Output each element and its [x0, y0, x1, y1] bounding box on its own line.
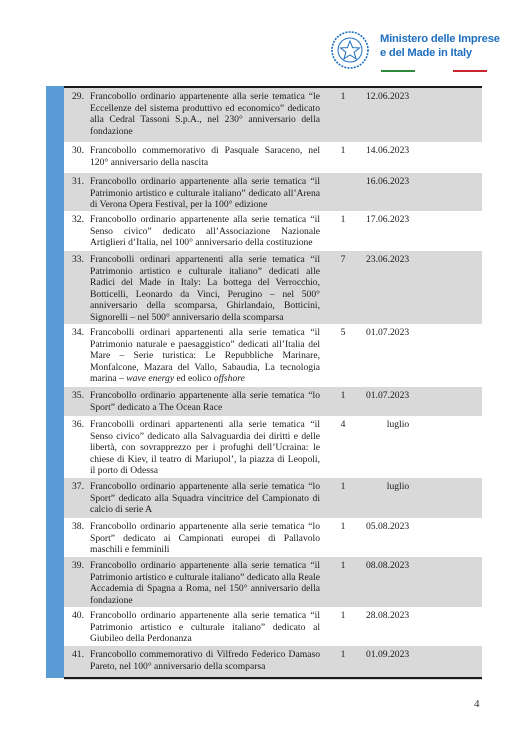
italic-term: wave energy [126, 373, 174, 384]
row-quantity: 1 [320, 142, 366, 173]
table-row: 29.Francobollo ordinario appartenente al… [64, 88, 482, 142]
row-date: 16.06.2023 [366, 173, 430, 211]
row-empty-cell [430, 518, 482, 557]
description-text: ed eolico [174, 373, 214, 384]
flag-bar-red [453, 70, 487, 72]
row-quantity: 1 [320, 518, 366, 557]
row-description: Francobollo ordinario appartenente alla … [88, 478, 320, 518]
row-quantity: 1 [320, 646, 366, 680]
table-row: 33.Francobolli ordinari appartenenti all… [64, 251, 482, 324]
row-date: 01.07.2023 [366, 324, 430, 387]
row-description: Francobollo commemorativo di Vilfredo Fe… [88, 646, 320, 680]
row-date: 28.08.2023 [366, 607, 430, 646]
row-number: 40. [64, 607, 88, 646]
row-description: Francobollo ordinario appartenente alla … [88, 211, 320, 251]
ministry-name: Ministero delle Imprese e del Made in It… [380, 33, 500, 60]
row-date: 01.09.2023 [366, 646, 430, 680]
row-description: Francobolli ordinari appartenenti alla s… [88, 324, 320, 387]
row-empty-cell [430, 142, 482, 173]
row-number: 41. [64, 646, 88, 680]
table-row: 37.Francobollo ordinario appartenente al… [64, 478, 482, 518]
table-row: 40.Francobollo ordinario appartenente al… [64, 607, 482, 646]
row-number: 31. [64, 173, 88, 211]
row-empty-cell [430, 324, 482, 387]
row-empty-cell [430, 557, 482, 607]
row-number: 32. [64, 211, 88, 251]
row-quantity: 4 [320, 416, 366, 478]
table-body: 29.Francobollo ordinario appartenente al… [64, 88, 482, 680]
table-row: 41.Francobollo commemorativo di Vilfredo… [64, 646, 482, 680]
row-empty-cell [430, 607, 482, 646]
row-date: 01.07.2023 [366, 387, 430, 416]
row-date: 23.06.2023 [366, 251, 430, 324]
row-number: 34. [64, 324, 88, 387]
row-description: Francobollo ordinario appartenente alla … [88, 518, 320, 557]
row-number: 39. [64, 557, 88, 607]
row-number: 29. [64, 88, 88, 142]
row-description: Francobollo ordinario appartenente alla … [88, 607, 320, 646]
row-quantity: 1 [320, 557, 366, 607]
row-number: 35. [64, 387, 88, 416]
row-empty-cell [430, 211, 482, 251]
ministry-name-line1: Ministero delle Imprese [380, 33, 500, 47]
row-quantity: 5 [320, 324, 366, 387]
row-number: 37. [64, 478, 88, 518]
row-number: 30. [64, 142, 88, 173]
row-date: luglio [366, 478, 430, 518]
table-row: 32.Francobollo ordinario appartenente al… [64, 211, 482, 251]
ministry-name-line2: e del Made in Italy [380, 47, 500, 61]
row-description: Francobolli ordinari appartenenti alla s… [88, 416, 320, 478]
row-empty-cell [430, 88, 482, 142]
row-quantity: 1 [320, 607, 366, 646]
table-row: 38.Francobollo ordinario appartenente al… [64, 518, 482, 557]
table-row: 30.Francobollo commemorativo di Pasquale… [64, 142, 482, 173]
ministry-logo: Ministero delle Imprese e del Made in It… [330, 30, 520, 74]
row-date: luglio [366, 416, 430, 478]
row-empty-cell [430, 387, 482, 416]
italic-term: offshore [214, 373, 245, 384]
row-quantity [320, 173, 366, 211]
row-empty-cell [430, 251, 482, 324]
table-row: 31.Francobollo ordinario appartenente al… [64, 173, 482, 211]
row-empty-cell [430, 173, 482, 211]
row-description: Francobolli ordinari appartenenti alla s… [88, 251, 320, 324]
row-quantity: 1 [320, 387, 366, 416]
row-description: Francobollo ordinario appartenente alla … [88, 173, 320, 211]
row-empty-cell [430, 478, 482, 518]
row-quantity: 1 [320, 88, 366, 142]
row-number: 33. [64, 251, 88, 324]
row-quantity: 1 [320, 478, 366, 518]
row-number: 36. [64, 416, 88, 478]
accent-stripe [46, 86, 64, 678]
row-description: Francobollo ordinario appartenente alla … [88, 387, 320, 416]
row-date: 14.06.2023 [366, 142, 430, 173]
row-empty-cell [430, 646, 482, 680]
table-row: 35.Francobollo ordinario appartenente al… [64, 387, 482, 416]
table-row: 34.Francobolli ordinari appartenenti all… [64, 324, 482, 387]
row-date: 05.08.2023 [366, 518, 430, 557]
table-bottom-rule [64, 677, 482, 679]
row-description: Francobollo ordinario appartenente alla … [88, 557, 320, 607]
row-date: 12.06.2023 [366, 88, 430, 142]
row-empty-cell [430, 416, 482, 478]
italian-republic-emblem-icon [330, 30, 370, 70]
row-quantity: 7 [320, 251, 366, 324]
flag-bar-green [381, 70, 415, 72]
row-description: Francobollo commemorativo di Pasquale Sa… [88, 142, 320, 173]
row-number: 38. [64, 518, 88, 557]
row-description: Francobollo ordinario appartenente alla … [88, 88, 320, 142]
table-row: 39.Francobollo ordinario appartenente al… [64, 557, 482, 607]
row-date: 08.08.2023 [366, 557, 430, 607]
table-row: 36.Francobolli ordinari appartenenti all… [64, 416, 482, 478]
row-quantity: 1 [320, 211, 366, 251]
page-number: 4 [474, 698, 480, 710]
row-date: 17.06.2023 [366, 211, 430, 251]
